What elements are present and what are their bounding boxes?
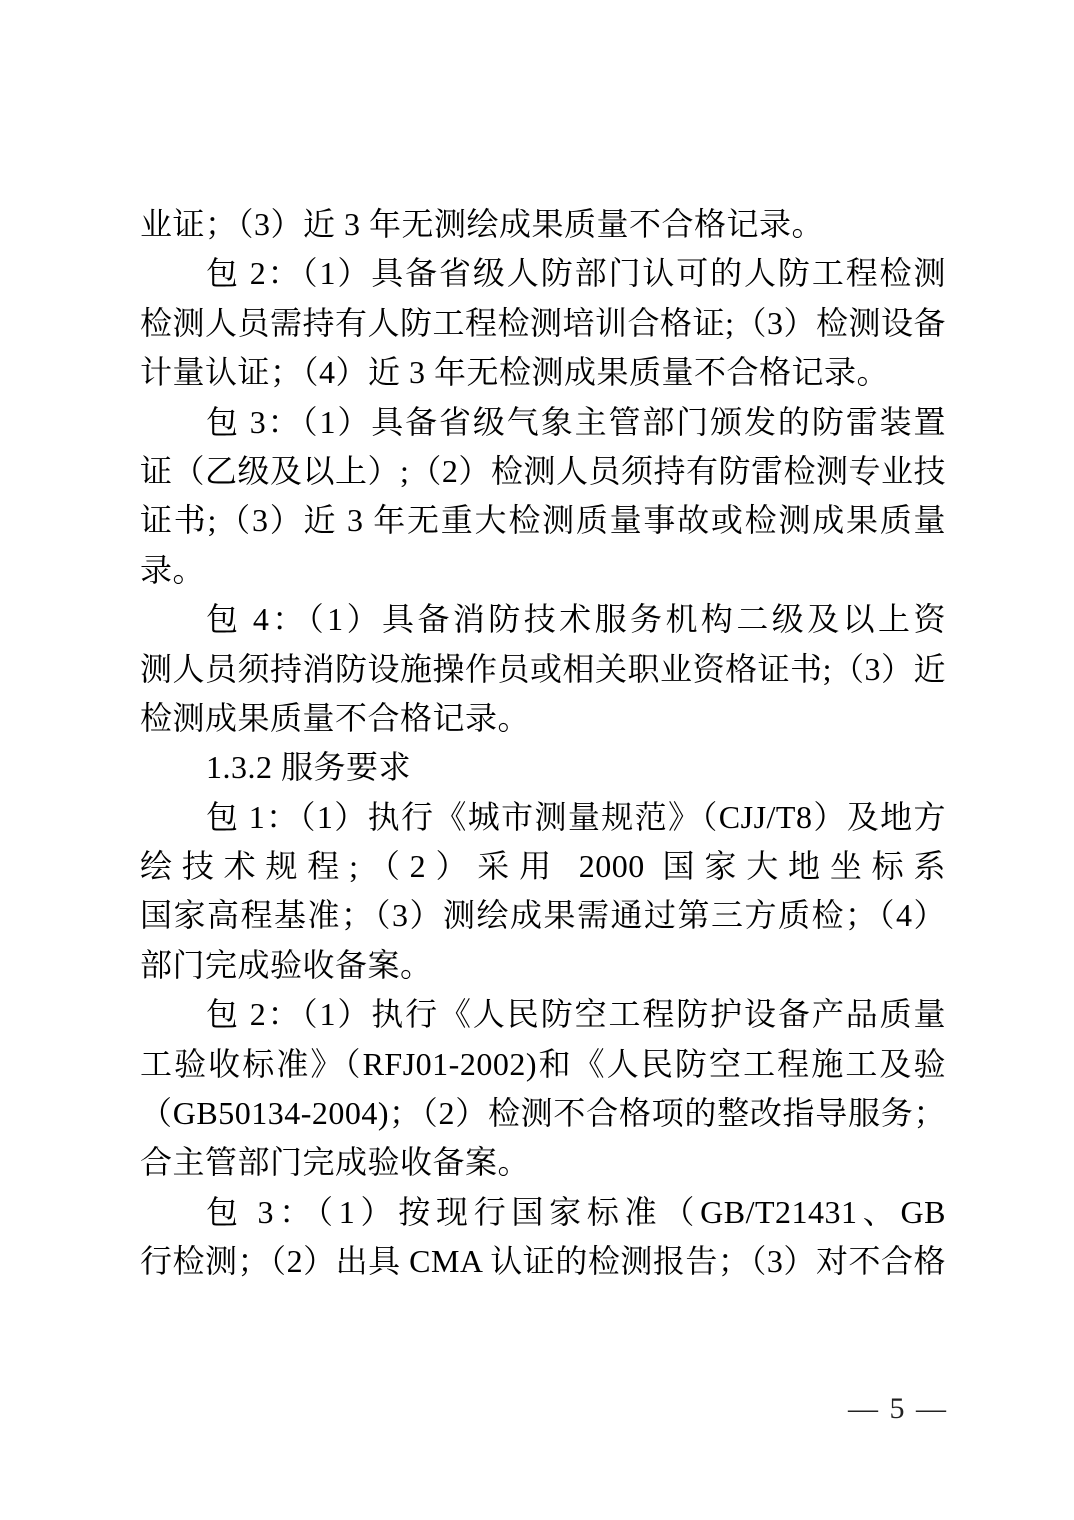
text-line: 检测人员需持有人防工程检测培训合格证;（3）检测设备需通过 xyxy=(140,299,946,348)
text-line: 录。 xyxy=(140,546,946,595)
text-line: 国家高程基准；（3）测绘成果需通过第三方质检；（4）配合主管 xyxy=(140,891,946,940)
paragraph-start-line: 包 3：（1）按现行国家标准（GB/T21431、GB 50601 等）进 xyxy=(140,1188,946,1237)
text-line: 检测成果质量不合格记录。 xyxy=(140,694,946,743)
paragraph-start-line: 包 3：（1）具备省级气象主管部门颁发的防雷装置检测资质 xyxy=(140,398,946,447)
text-line: 证（乙级及以上）;（2）检测人员须持有防雷检测专业技术资格 xyxy=(140,447,946,496)
text-line: 行检测；（2）出具 CMA 认证的检测报告；（3）对不合格项提供整 xyxy=(140,1237,946,1286)
text-line: 证书;（3）近 3 年无重大检测质量事故或检测成果质量不合格记 xyxy=(140,496,946,545)
page-number: — 5 — xyxy=(848,1392,948,1426)
document-page: 业证；（3）近 3 年无测绘成果质量不合格记录。 包 2：（1）具备省级人防部门… xyxy=(0,0,1074,1520)
text-line: 计量认证；（4）近 3 年无检测成果质量不合格记录。 xyxy=(140,348,946,397)
paragraph-start-line: 包 4：（1）具备消防技术服务机构二级及以上资质；（2）检 xyxy=(140,595,946,644)
section-heading-1-3-2: 1.3.2 服务要求 xyxy=(140,743,946,792)
text-block: 业证；（3）近 3 年无测绘成果质量不合格记录。 包 2：（1）具备省级人防部门… xyxy=(140,200,946,1287)
text-line: 工验收标准》（RFJ01-2002)和《人民防空工程施工及验收规范》 xyxy=(140,1040,946,1089)
text-line: （GB50134-2004)；（2）检测不合格项的整改指导服务；（3）配 xyxy=(140,1089,946,1138)
text-line: 绘技术规程;（2）采用 2000 国家大地坐标系（CGCS2000）及 1985 xyxy=(140,842,946,891)
text-line: 部门完成验收备案。 xyxy=(140,941,946,990)
text-line: 合主管部门完成验收备案。 xyxy=(140,1138,946,1187)
paragraph-start-line: 包 2：（1）具备省级人防部门认可的人防工程检测资质;（2） xyxy=(140,249,946,298)
text-line: 业证；（3）近 3 年无测绘成果质量不合格记录。 xyxy=(140,200,946,249)
text-line: 测人员须持消防设施操作员或相关职业资格证书;（3）近 3 年无 xyxy=(140,645,946,694)
paragraph-start-line: 包 2：（1）执行《人民防空工程防护设备产品质量检验与施 xyxy=(140,990,946,1039)
paragraph-start-line: 包 1：（1）执行《城市测量规范》（CJJ/T8）及地方规划测 xyxy=(140,793,946,842)
